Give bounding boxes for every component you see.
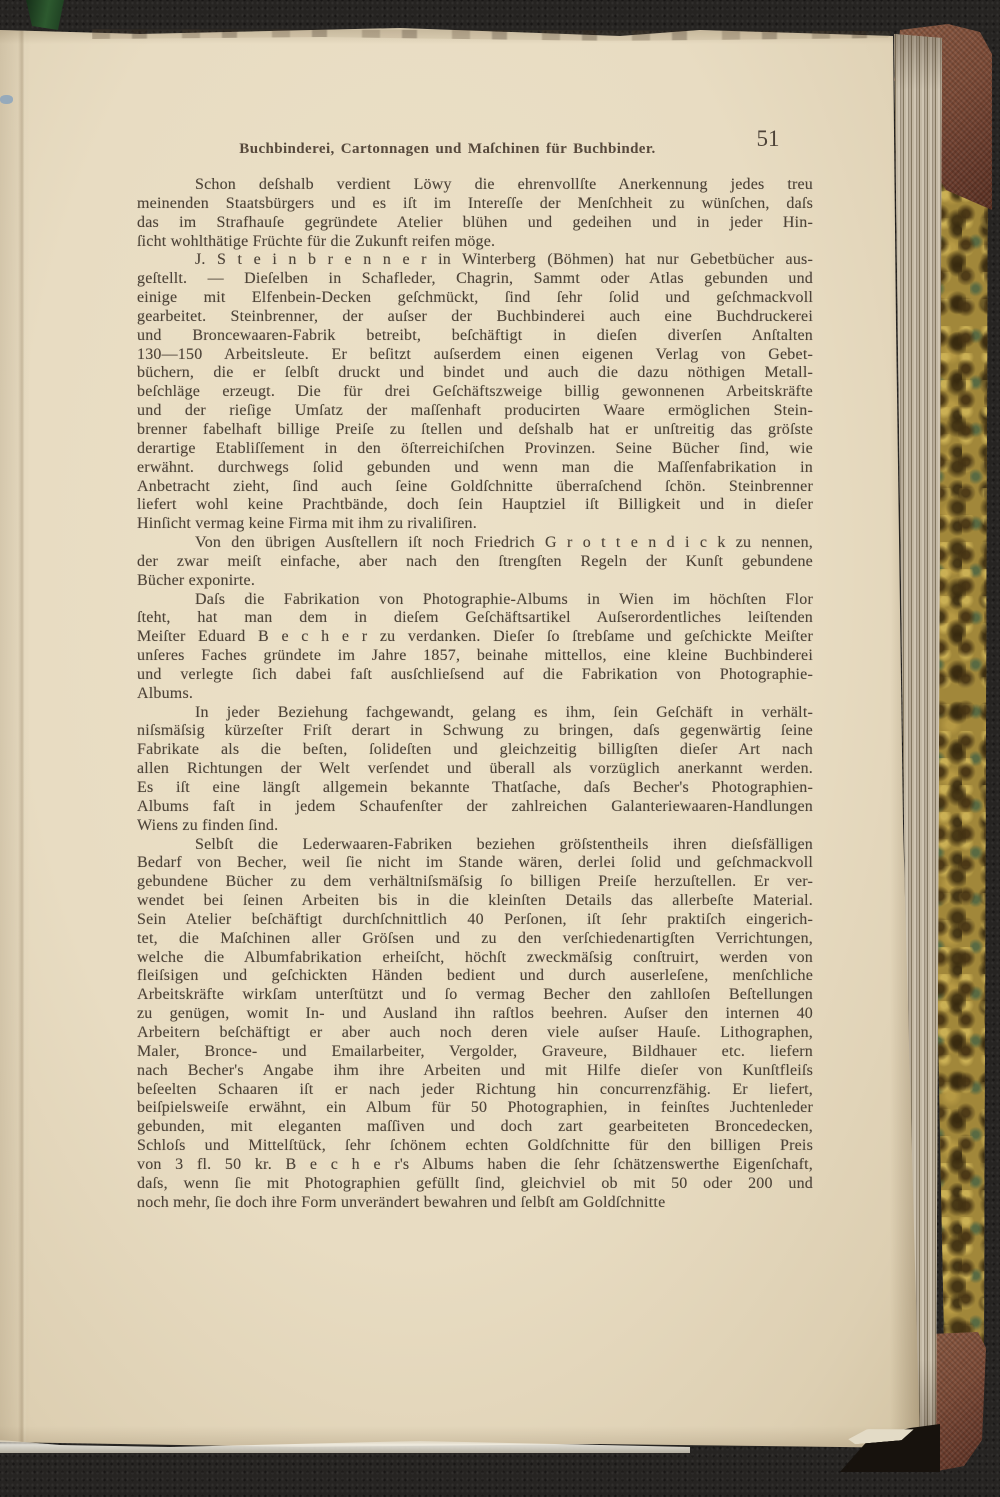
text-line: Daſs die Fabrikation von Photographie-Al… xyxy=(137,591,813,610)
text-line: Albums faſt in jedem Schaufenſter der za… xyxy=(137,798,813,817)
text-line: Bücher exponirte. xyxy=(137,572,813,591)
text-line: Es iſt eine längſt allgemein bekannte Th… xyxy=(137,779,813,798)
text-line: tet, die Maſchinen aller Gröſsen und zu … xyxy=(137,930,813,949)
text-line: Fabrikate als die beſten, ſolideſten und… xyxy=(137,741,813,760)
text-line: Arbeitern beſchäftigt er aber auch noch … xyxy=(137,1024,813,1043)
text-line: und Broncewaaren-Fabrik betreibt, beſchä… xyxy=(137,327,813,346)
text-line: und der rieſige Umſatz der maſſenhaft pr… xyxy=(137,402,813,421)
text-line: Bedarf von Becher, weil ſie nicht im Sta… xyxy=(137,854,813,873)
running-header-title: Buchbinderei, Cartonnagen und Maſchinen … xyxy=(120,141,775,158)
text-line: einige mit Elfenbein-Decken geſchmückt, … xyxy=(137,289,813,308)
text-line: Albums. xyxy=(137,685,813,704)
text-line: beiſpielsweiſe erwähnt, ein Album für 50… xyxy=(137,1099,813,1118)
text-line: meinenden Staatsbürgers und es iſt im In… xyxy=(137,195,813,214)
page-number: 51 xyxy=(738,126,798,152)
text-line: In jeder Beziehung fachgewandt, gelang e… xyxy=(137,704,813,723)
body-text: Schon deſshalb verdient Löwy die ehrenvo… xyxy=(137,176,813,1212)
text-line: wendet bei ſeinen Arbeiten bis in die kl… xyxy=(137,892,813,911)
text-line: beſchläge erzeugt. Die für drei Geſchäft… xyxy=(137,383,813,402)
text-line: Arbeitskräfte wirkſam unterſtützt und ſo… xyxy=(137,986,813,1005)
text-line: Schon deſshalb verdient Löwy die ehrenvo… xyxy=(137,176,813,195)
text-line: das im Strafhauſe gegründete Atelier blü… xyxy=(137,214,813,233)
text-line: gebundene Bücher zu dem verhältniſsmäſsi… xyxy=(137,873,813,892)
text-line: Selbſt die Lederwaaren-Fabriken beziehen… xyxy=(137,836,813,855)
text-line: Schloſs und Mittelſtück, ſehr ſchönem ec… xyxy=(137,1137,813,1156)
text-line: geſtellt. — Dieſelben in Schafleder, Cha… xyxy=(137,270,813,289)
scanned-page-photo: Buchbinderei, Cartonnagen und Maſchinen … xyxy=(0,0,1000,1497)
paper-fleck xyxy=(0,95,13,104)
text-line: welche die Albumfabrikation erheiſcht, h… xyxy=(137,949,813,968)
text-line: allen Richtungen der Welt verſendet und … xyxy=(137,760,813,779)
text-line: liefert wohl keine Prachtbände, doch ſei… xyxy=(137,496,813,515)
text-line: 130—150 Arbeitsleute. Er beſitzt auſserd… xyxy=(137,346,813,365)
book-page: Buchbinderei, Cartonnagen und Maſchinen … xyxy=(0,24,920,1452)
text-line: Hinſicht vermag keine Firma mit ihm zu r… xyxy=(137,515,813,534)
text-line: J. S t e i n b r e n n e r in Winterberg… xyxy=(137,251,813,270)
text-line: und verlegte ſich dabei faſt ausſchlieſs… xyxy=(137,666,813,685)
page-crease xyxy=(18,24,27,1452)
text-line: Wiens zu finden ſind. xyxy=(137,817,813,836)
text-line: brenner fabelhaft billige Preiſe zu ſtel… xyxy=(137,421,813,440)
text-line: der zwar meiſt einfache, aber nach den ſ… xyxy=(137,553,813,572)
text-line: büchern, die er ſelbſt druckt und bindet… xyxy=(137,364,813,383)
text-line: ſicht wohlthätige Früchte für die Zukunf… xyxy=(137,233,813,252)
text-line: Von den übrigen Ausſtellern iſt noch Fri… xyxy=(137,534,813,553)
text-line: erwähnt. durchwegs ſolid gebunden und we… xyxy=(137,459,813,478)
text-line: daſs, wenn ſie mit Photographien gefüllt… xyxy=(137,1175,813,1194)
text-line: noch mehr, ſie doch ihre Form unveränder… xyxy=(137,1194,813,1213)
text-line: unſeres Faches gründete im Jahre 1857, b… xyxy=(137,647,813,666)
text-line: nach Becher's Angabe ihm ihre Arbeiten u… xyxy=(137,1062,813,1081)
text-line: Maler, Bronce- und Emailarbeiter, Vergol… xyxy=(137,1043,813,1062)
text-line: Meiſter Eduard B e c h e r zu verdanken.… xyxy=(137,628,813,647)
text-line: gearbeitet. Steinbrenner, der auſser der… xyxy=(137,308,813,327)
text-line: fleiſsigen und geſchickten Händen bedien… xyxy=(137,967,813,986)
text-line: beſeelten Schaaren iſt er nach jeder Ric… xyxy=(137,1081,813,1100)
text-line: ſteht, hat man dem in dieſem Geſchäftsar… xyxy=(137,609,813,628)
text-line: zu genügen, womit In- und Ausland ihn ra… xyxy=(137,1005,813,1024)
text-line: derartige Etabliſſement in den öſterreic… xyxy=(137,440,813,459)
text-line: gebunden, mit eleganten maſſiven und doc… xyxy=(137,1118,813,1137)
text-line: Anbetracht zieht, ſind auch ſeine Goldſc… xyxy=(137,478,813,497)
text-line: niſsmäſsig kürzeſter Friſt derart in Sch… xyxy=(137,722,813,741)
text-line: Sein Atelier beſchäftigt durchſchnittlic… xyxy=(137,911,813,930)
text-line: von 3 fl. 50 kr. B e c h e r's Albums ha… xyxy=(137,1156,813,1175)
